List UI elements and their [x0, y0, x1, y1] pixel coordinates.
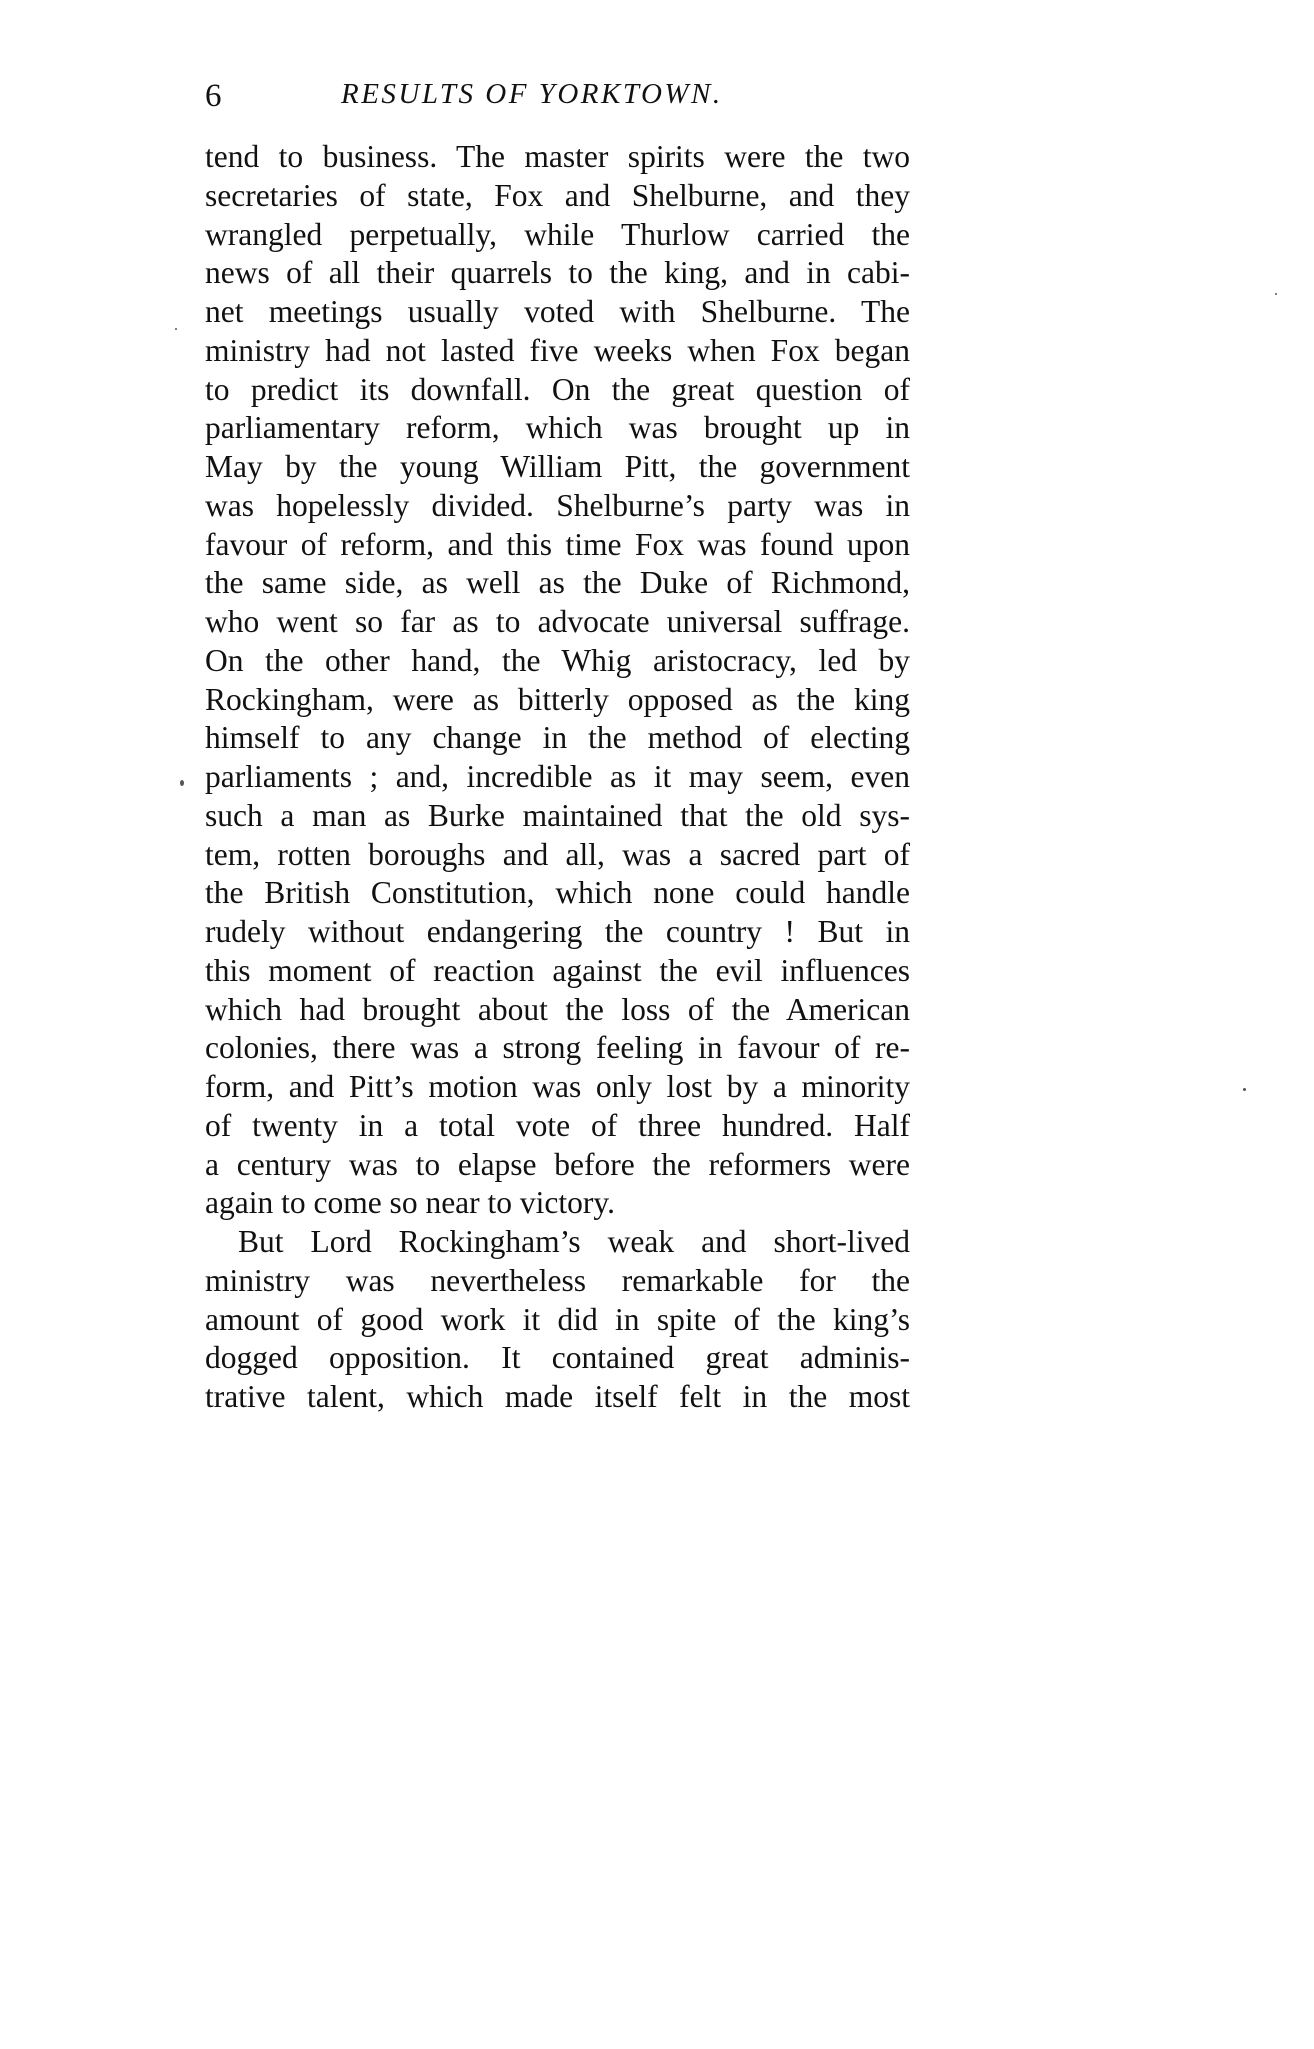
text-line: this moment of reaction against the evil… [205, 952, 910, 991]
text-line: the same side, as well as the Duke of Ri… [205, 564, 910, 603]
text-line: dogged opposition. It contained great ad… [205, 1339, 910, 1378]
text-line: trative talent, which made itself felt i… [205, 1378, 910, 1417]
text-line: favour of reform, and this time Fox was … [205, 526, 910, 565]
text-line: a century was to elapse before the refor… [205, 1146, 910, 1185]
text-line: who went so far as to advocate universal… [205, 603, 910, 642]
text-line: of twenty in a total vote of three hundr… [205, 1107, 910, 1146]
scan-speck [1243, 1088, 1246, 1091]
text-line: wrangled perpetually, while Thurlow carr… [205, 216, 910, 255]
text-line: parliamentary reform, which was brought … [205, 409, 910, 448]
text-line-indented: But Lord Rockingham’s weak and short-liv… [205, 1223, 910, 1262]
body-text: tend to business. The master spirits wer… [205, 138, 910, 1417]
text-line: colonies, there was a strong feeling in … [205, 1029, 910, 1068]
text-line: ministry was nevertheless remarkable for… [205, 1262, 910, 1301]
text-line: the British Constitution, which none cou… [205, 874, 910, 913]
text-line: tem, rotten boroughs and all, was a sacr… [205, 836, 910, 875]
paragraph-1: tend to business. The master spirits wer… [205, 138, 910, 1223]
text-line: secretaries of state, Fox and Shelburne,… [205, 177, 910, 216]
scan-speck [1275, 293, 1277, 295]
text-line: On the other hand, the Whig aristocracy,… [205, 642, 910, 681]
text-line: amount of good work it did in spite of t… [205, 1301, 910, 1340]
text-line: ministry had not lasted five weeks when … [205, 332, 910, 371]
text-line: May by the young William Pitt, the gover… [205, 448, 910, 487]
text-line: parliaments ; and, incredible as it may … [205, 758, 910, 797]
paragraph-2: But Lord Rockingham’s weak and short-liv… [205, 1223, 910, 1417]
running-title: RESULTS OF YORKTOWN. [341, 78, 723, 111]
text-line: which had brought about the loss of the … [205, 991, 910, 1030]
text-line: was hopelessly divided. Shelburne’s part… [205, 487, 910, 526]
text-line: himself to any change in the method of e… [205, 719, 910, 758]
text-line-last: again to come so near to victory. [205, 1184, 910, 1223]
text-line: form, and Pitt’s motion was only lost by… [205, 1068, 910, 1107]
text-line: rudely without endangering the country !… [205, 913, 910, 952]
scan-speck [175, 328, 177, 330]
text-line: tend to business. The master spirits wer… [205, 138, 910, 177]
running-header: 6 RESULTS OF YORKTOWN. [205, 78, 910, 118]
text-line: to predict its downfall. On the great qu… [205, 371, 910, 410]
text-line: Rockingham, were as bitterly opposed as … [205, 681, 910, 720]
scan-speck [180, 780, 184, 786]
book-page: 6 RESULTS OF YORKTOWN. tend to business.… [0, 0, 1314, 2049]
text-line: such a man as Burke maintained that the … [205, 797, 910, 836]
page-number: 6 [205, 78, 222, 115]
text-line: net meetings usually voted with Shelburn… [205, 293, 910, 332]
text-line: news of all their quarrels to the king, … [205, 254, 910, 293]
